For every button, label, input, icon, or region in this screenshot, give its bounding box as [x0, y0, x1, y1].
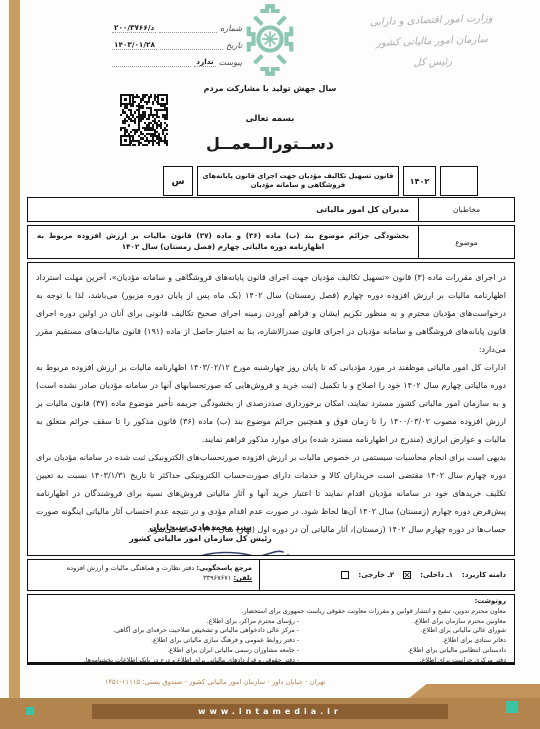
phone-line: تلفن: ۳۳۹۶۷۶۷۱	[35, 573, 252, 583]
responder-line: مرجع پاسخگویی: دفتر نظارت و هماهنگی مالی…	[35, 563, 252, 573]
number-label: شماره	[220, 24, 242, 33]
tax-administration-logo-icon	[241, 3, 299, 77]
qr-finder-icon	[120, 94, 131, 105]
responder-label: مرجع پاسخگویی:	[196, 564, 252, 572]
recipients-value: مدیران کل امور مالیاتی	[28, 198, 418, 221]
cc-item: دفتر مرکزی حراست برای اطلاع.	[299, 656, 506, 665]
classification-strip: ۱۴۰۲ قانون تسهیل تکالیف مؤدیان جهت اجرای…	[163, 166, 478, 196]
directive-body: در اجرای مقررات ماده (۳) قانون «تسهیل تک…	[27, 262, 515, 556]
year-box: ۱۴۰۲	[403, 166, 436, 196]
responder-cell: مرجع پاسخگویی: دفتر نظارت و هماهنگی مالی…	[28, 560, 260, 590]
teal-accent-square	[506, 701, 518, 713]
letter-date-row: تاریخ ۱۴۰۳/۰۱/۲۸	[112, 33, 242, 50]
date-value: ۱۴۰۳/۰۱/۲۸	[112, 40, 157, 50]
left-accent-stripe	[9, 0, 20, 698]
scope-row: دامنه کاربرد: ۱ـ داخلی: ۲ـ خارجی: مرجع پ…	[27, 559, 515, 591]
phone-label: تلفن:	[234, 574, 252, 582]
dotted-rule	[159, 21, 217, 33]
footer-band: www.intamedia.ir	[0, 698, 540, 729]
body-paragraph: در اجرای مقررات ماده (۳) قانون «تسهیل تک…	[36, 268, 506, 358]
recipients-label: مخاطبان	[418, 198, 514, 221]
dotted-rule	[112, 55, 191, 67]
series-letter-box: س	[163, 166, 193, 196]
phone-value: ۳۳۹۶۷۶۷۱	[203, 574, 231, 582]
footer-address: تهران - خیابان داور - سازمان امور مالیات…	[60, 678, 370, 686]
law-title-box: قانون تسهیل تکالیف مؤدیان جهت اجرای قانو…	[197, 166, 399, 196]
cc-item: شورای عالی مالیاتی برای اطلاع.	[299, 626, 506, 636]
cc-item: دادستانی انتظامی مالیاتی برای اطلاع.	[299, 646, 506, 656]
scope-label: دامنه کاربرد:	[462, 571, 506, 579]
subject-value: بخشودگی جرائم موضوع بند (ب) ماده (۳۶) و …	[28, 226, 418, 258]
bismillah-text: بسمه تعالی	[170, 114, 370, 124]
attachment-value: ندارد	[194, 57, 215, 67]
date-label: تاریخ	[226, 41, 242, 50]
cc-list: معاونین محترم سازمان برای اطلاع. - رؤسای…	[36, 617, 506, 665]
teal-accent-square	[26, 707, 34, 715]
cc-item: - مرکز عالی دادخواهی مالیاتی و تشخیص صلا…	[36, 626, 299, 636]
external-checkbox-unchecked	[341, 571, 349, 579]
reference-empty-box	[440, 166, 478, 196]
recipients-row: مخاطبان مدیران کل امور مالیاتی	[27, 197, 515, 222]
scope-external-label: ۲ـ خارجی:	[358, 571, 394, 579]
cc-item: - دفتر حقوقی و قراردادهای مالیاتی برای ا…	[36, 656, 299, 665]
cc-item: - دفتر روابط عمومی و فرهنگ سازی مالیاتی …	[36, 636, 299, 646]
year-slogan: سال جهش تولید با مشارکت مردم	[120, 84, 420, 93]
body-paragraph: ادارات کل امور مالیاتی موظفند در مورد مؤ…	[36, 358, 506, 448]
document-page: وزارت امور اقتصادی و دارایی سازمان امور …	[0, 0, 540, 729]
cc-item: معاونین محترم سازمان برای اطلاع.	[299, 617, 506, 627]
scope-internal-label: ۱ـ داخلی:	[420, 571, 453, 579]
cc-section: رونوشت: معاون محترم تدوین، تنقیح و انتشا…	[27, 594, 515, 665]
cc-item: - جامعه مشاوران رسمی مالیاتی ایران برای …	[36, 646, 299, 656]
letterhead-calligraphy: وزارت امور اقتصادی و دارایی سازمان امور …	[351, 7, 513, 76]
signature-block: سید محمدهادی سبحانیان رئیس کل سازمان امو…	[108, 521, 293, 545]
dotted-rule	[160, 38, 223, 50]
document-type-title: دســتورالــعمــل	[120, 134, 420, 153]
number-value: د/۲۰۰/۳۷۶۶	[112, 23, 156, 33]
subject-label: موضوع	[418, 226, 514, 258]
footer-corner-shape	[408, 684, 540, 699]
signature-scribble-icon	[90, 545, 300, 556]
cc-item: - رؤسای محترم مراکز، برای اطلاع.	[36, 617, 299, 627]
attachment-label: پیوست	[219, 58, 242, 67]
qr-finder-icon	[157, 94, 168, 105]
internal-checkbox-checked	[403, 571, 411, 579]
responder-value: دفتر نظارت و هماهنگی مالیات و ارزش افزود…	[67, 564, 195, 572]
website-bar: www.intamedia.ir	[92, 704, 448, 719]
letter-attachment-row: پیوست ندارد	[112, 50, 242, 67]
signer-name: سید محمدهادی سبحانیان	[108, 521, 293, 534]
scope-cell: دامنه کاربرد: ۱ـ داخلی: ۲ـ خارجی:	[260, 560, 514, 590]
cc-item: دفاتر ستادی برای اطلاع.	[299, 636, 506, 646]
letter-number-row: شماره د/۲۰۰/۳۷۶۶	[112, 16, 242, 33]
signer-title: رئیس کل سازمان امور مالیاتی کشور	[108, 534, 293, 545]
subject-row: موضوع بخشودگی جرائم موضوع بند (ب) ماده (…	[27, 225, 515, 259]
letter-meta: شماره د/۲۰۰/۳۷۶۶ تاریخ ۱۴۰۳/۰۱/۲۸ پیوست …	[112, 16, 242, 67]
cc-lead-item: معاون محترم تدوین، تنقیح و انتشار قوانین…	[36, 607, 506, 617]
cc-label: رونوشت:	[36, 597, 506, 607]
